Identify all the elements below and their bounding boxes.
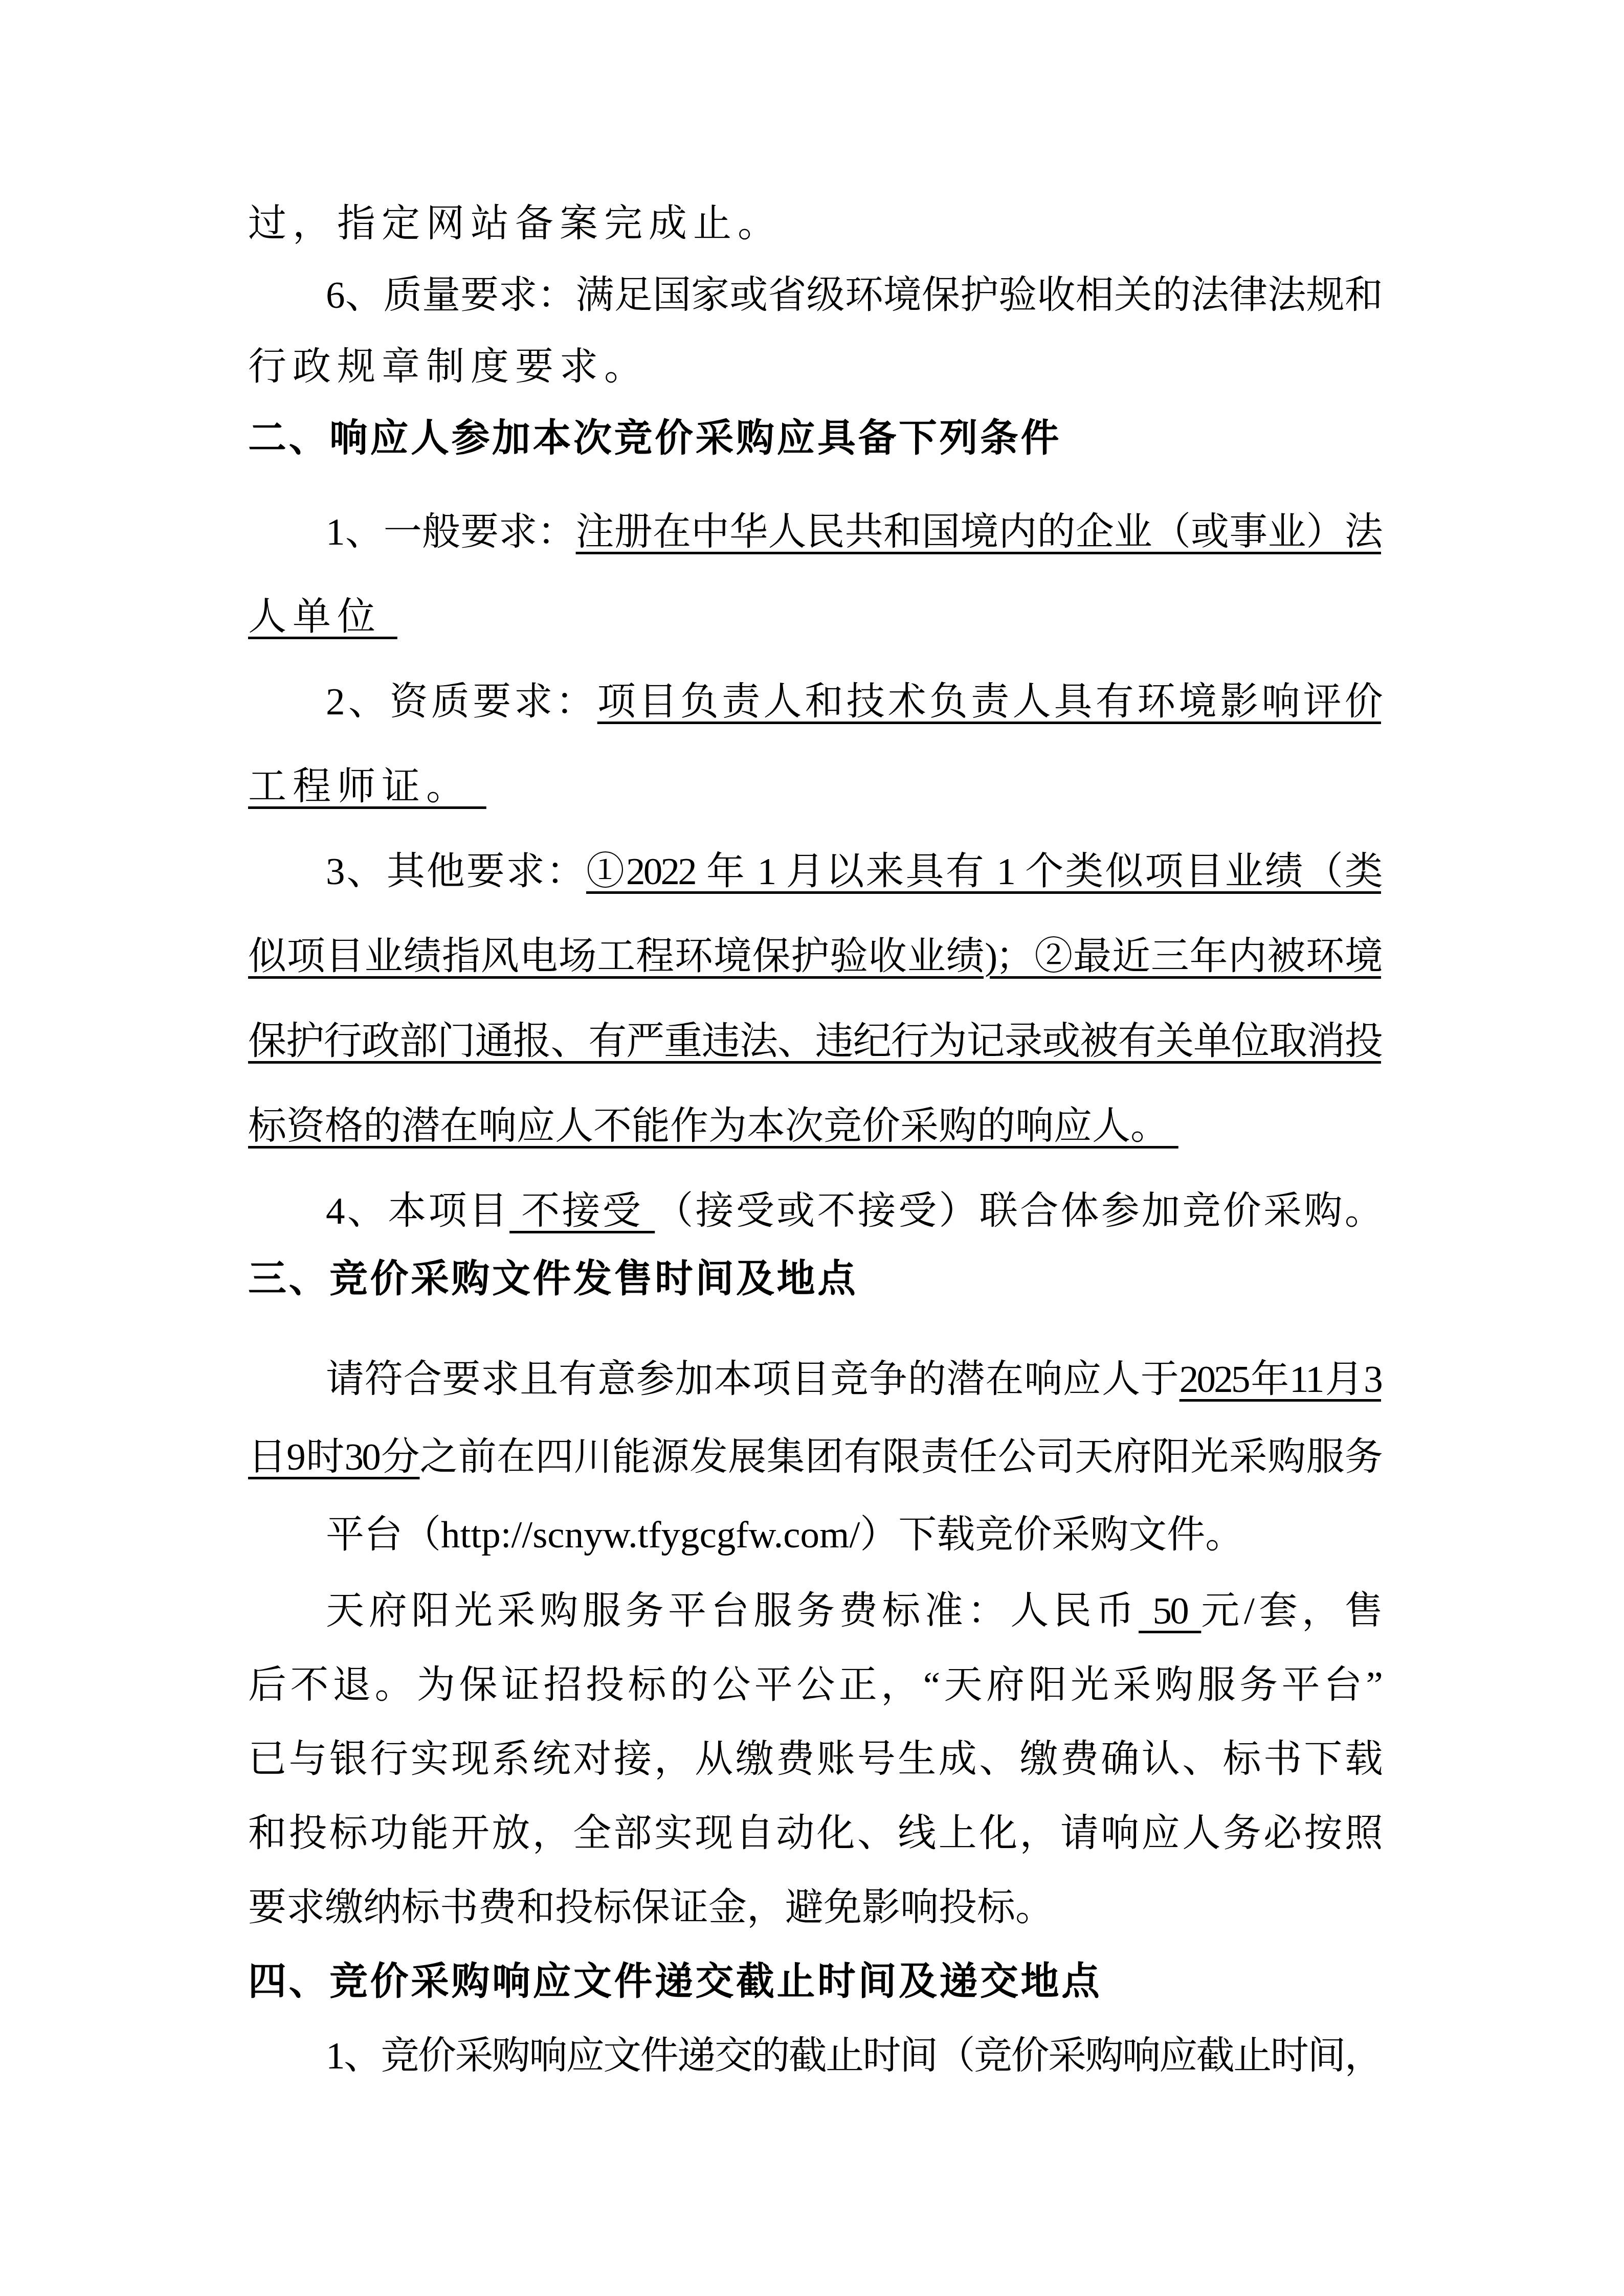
document-page: 过，指定网站备案完成止。6、质量要求：满足国家或省级环境保护验收相关的法律法规和… bbox=[0, 0, 1624, 2296]
text-run: 之前在四川能源发展集团有限责任公司天府阳光采购服务 bbox=[419, 1436, 1381, 1478]
text-run: 1、竞价采购响应文件递交的截止时间（竞价采购响应截止时间， bbox=[326, 2035, 1381, 2077]
text-run: 元/套，售 bbox=[1201, 1590, 1381, 1632]
text-run: （接受或不接受）联合体参加竞价采购。 bbox=[655, 1190, 1381, 1232]
text-run: 二、响应人参加本次竞价采购应具备下列条件 bbox=[248, 417, 1061, 460]
underlined-text: 保护行政部门通报、有严重违法、违纪行为记录或被有关单位取消投 bbox=[248, 1020, 1381, 1063]
doc-line-6: 人单位 bbox=[248, 575, 1381, 660]
underlined-text: 似项目业绩指风电场工程环境保护验收业绩)；②最近三年内被环境 bbox=[248, 935, 1381, 978]
underlined-text: ①2022 年 1 月以来具有 1 个类似项目业绩（类 bbox=[586, 850, 1381, 893]
text-run: 4、本项目 bbox=[326, 1190, 509, 1232]
doc-line-8: 工程师证。 bbox=[248, 745, 1381, 829]
underlined-text: 人单位 bbox=[248, 596, 397, 638]
doc-line-18: 天府阳光采购服务平台服务费标准：人民币 50 元/套，售 bbox=[248, 1574, 1381, 1648]
doc-line-14: 三、竞价采购文件发售时间及地点 bbox=[248, 1244, 1381, 1315]
doc-line-1: 过，指定网站备案完成止。 bbox=[248, 188, 1381, 260]
doc-line-12: 标资格的潜在响应人不能作为本次竞价采购的响应人。 bbox=[248, 1084, 1381, 1169]
text-run: 3、其他要求： bbox=[326, 850, 586, 893]
underlined-text: 项目负责人和技术负责人具有环境影响评价 bbox=[597, 681, 1381, 723]
doc-line-3: 行政规章制度要求。 bbox=[248, 331, 1381, 403]
text-run: 后不退。为保证招投标的公平公正，“天府阳光采购服务平台” bbox=[248, 1664, 1381, 1706]
doc-line-4: 二、响应人参加本次竞价采购应具备下列条件 bbox=[248, 403, 1381, 475]
doc-line-23: 四、竞价采购响应文件递交截止时间及递交地点 bbox=[248, 1945, 1381, 2019]
doc-line-5: 1、一般要求：注册在中华人民共和国境内的企业（或事业）法 bbox=[248, 490, 1381, 575]
text-run: 三、竞价采购文件发售时间及地点 bbox=[248, 1258, 858, 1300]
underlined-text: 日9时30分 bbox=[248, 1436, 419, 1478]
doc-line-10: 似项目业绩指风电场工程环境保护验收业绩)；②最近三年内被环境 bbox=[248, 914, 1381, 999]
doc-line-22: 要求缴纳标书费和投标保证金，避免影响投标。 bbox=[248, 1871, 1381, 1945]
underlined-text: 2025年11月3 bbox=[1180, 1358, 1381, 1401]
text-run: 天府阳光采购服务平台服务费标准：人民币 bbox=[326, 1590, 1139, 1632]
text-run: 过，指定网站备案完成止。 bbox=[248, 202, 782, 245]
doc-line-19: 后不退。为保证招投标的公平公正，“天府阳光采购服务平台” bbox=[248, 1648, 1381, 1722]
text-run: 已与银行实现系统对接，从缴费账号生成、缴费确认、标书下载 bbox=[248, 1738, 1381, 1781]
text-run: 6、质量要求：满足国家或省级环境保护验收相关的法律法规和 bbox=[326, 274, 1381, 317]
underlined-text: 注册在中华人民共和国境内的企业（或事业）法 bbox=[576, 511, 1381, 553]
doc-line-9: 3、其他要求：①2022 年 1 月以来具有 1 个类似项目业绩（类 bbox=[248, 829, 1381, 914]
doc-line-17: 平台（http://scnyw.tfygcgfw.com/）下载竞价采购文件。 bbox=[248, 1496, 1381, 1574]
doc-line-7: 2、资质要求：项目负责人和技术负责人具有环境影响评价 bbox=[248, 660, 1381, 745]
text-run: 平台（http://scnyw.tfygcgfw.com/）下载竞价采购文件。 bbox=[326, 1514, 1243, 1556]
document-body: 过，指定网站备案完成止。6、质量要求：满足国家或省级环境保护验收相关的法律法规和… bbox=[248, 188, 1381, 2093]
text-run: 行政规章制度要求。 bbox=[248, 346, 649, 388]
doc-line-15: 请符合要求且有意参加本项目竞争的潜在响应人于2025年11月3 bbox=[248, 1341, 1381, 1419]
underlined-text: 标资格的潜在响应人不能作为本次竞价采购的响应人。 bbox=[248, 1105, 1178, 1147]
doc-line-2: 6、质量要求：满足国家或省级环境保护验收相关的法律法规和 bbox=[248, 260, 1381, 331]
underlined-text: 50 bbox=[1139, 1590, 1201, 1632]
underlined-text: 工程师证。 bbox=[248, 766, 486, 808]
text-run: 请符合要求且有意参加本项目竞争的潜在响应人于 bbox=[326, 1358, 1180, 1401]
doc-line-20: 已与银行实现系统对接，从缴费账号生成、缴费确认、标书下载 bbox=[248, 1722, 1381, 1796]
underlined-text: 不接受 bbox=[509, 1190, 655, 1232]
doc-line-21: 和投标功能开放，全部实现自动化、线上化，请响应人务必按照 bbox=[248, 1796, 1381, 1871]
doc-line-16: 日9时30分之前在四川能源发展集团有限责任公司天府阳光采购服务 bbox=[248, 1419, 1381, 1496]
text-run: 1、一般要求： bbox=[326, 511, 576, 553]
text-run: 四、竞价采购响应文件递交截止时间及递交地点 bbox=[248, 1961, 1102, 2003]
text-run: 要求缴纳标书费和投标保证金，避免影响投标。 bbox=[248, 1886, 1054, 1929]
doc-line-24: 1、竞价采购响应文件递交的截止时间（竞价采购响应截止时间， bbox=[248, 2019, 1381, 2093]
text-run: 2、资质要求： bbox=[326, 681, 597, 723]
doc-line-13: 4、本项目 不接受 （接受或不接受）联合体参加竞价采购。 bbox=[248, 1169, 1381, 1254]
doc-line-11: 保护行政部门通报、有严重违法、违纪行为记录或被有关单位取消投 bbox=[248, 999, 1381, 1084]
text-run: 和投标功能开放，全部实现自动化、线上化，请响应人务必按照 bbox=[248, 1812, 1381, 1855]
